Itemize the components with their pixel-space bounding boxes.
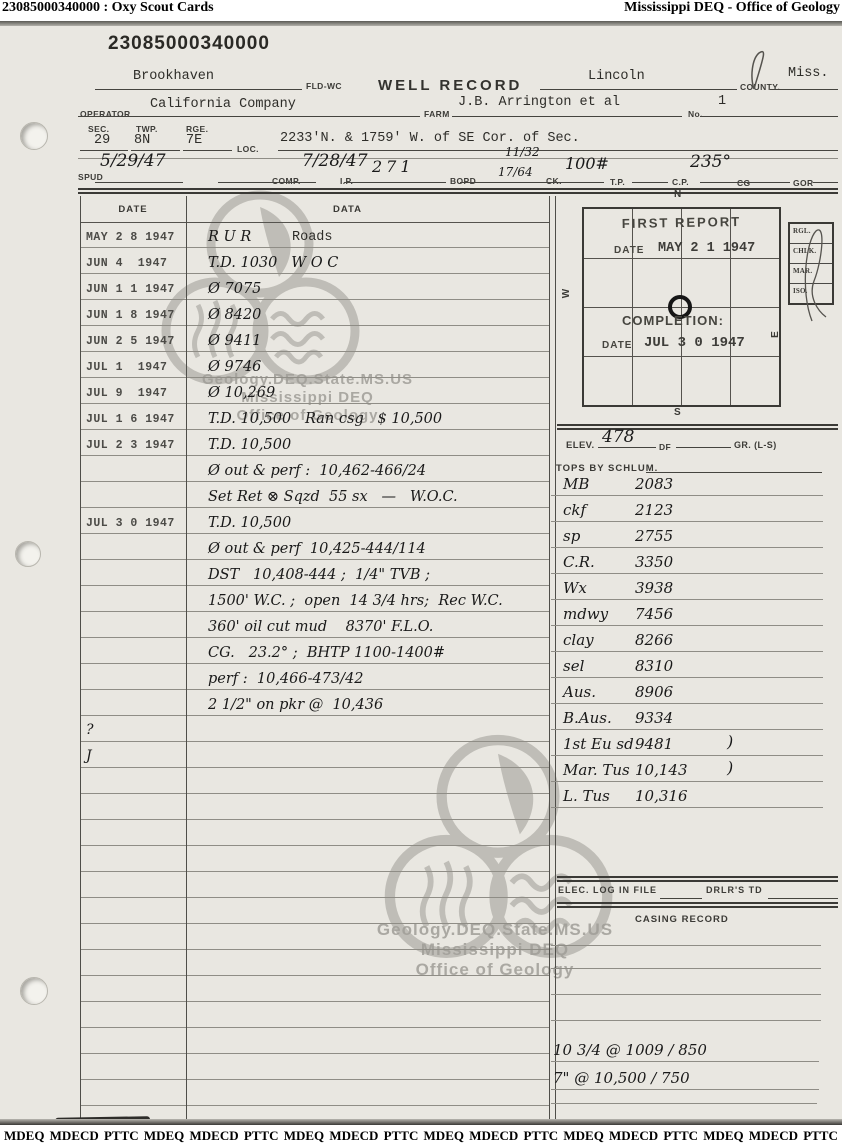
plat-grid-line — [584, 356, 779, 357]
formation-name: L. Tus — [551, 787, 635, 807]
completion-date-label: DATE — [602, 340, 632, 351]
footer-item: MDEQ — [4, 1128, 44, 1144]
df-label: DF — [659, 442, 671, 452]
farm-label: FARM — [424, 109, 450, 119]
formation-depth: 7456 — [635, 605, 727, 625]
cp-label: C.P. — [672, 177, 689, 187]
document-number: 23085000340000 — [108, 33, 270, 55]
ck-label: CK. — [546, 176, 562, 186]
twp-value: 8N — [134, 133, 150, 148]
footer-item: MDEQ — [424, 1128, 464, 1144]
cg-label: CG — [737, 178, 751, 188]
underline — [78, 116, 420, 117]
compass-east-label: E — [770, 331, 781, 338]
compass-north-label: N — [674, 189, 681, 200]
ledger-row-date — [80, 1002, 192, 1027]
ledger-row-date — [80, 586, 192, 611]
underline — [632, 182, 668, 183]
county-value: Lincoln — [588, 69, 645, 84]
bopd-label: BOPD — [450, 176, 476, 186]
formation-name: sp — [551, 527, 635, 547]
comp-value: 7/28/47 — [302, 151, 368, 171]
underline — [700, 116, 838, 117]
formation-depth: 9334 — [635, 709, 727, 729]
ruled-line — [551, 968, 821, 969]
ledger-row: JUL 1 1947 Ø 9746 — [80, 352, 549, 378]
underline — [660, 898, 702, 899]
comp-label: COMP. — [272, 176, 301, 186]
operator-value: California Company — [150, 97, 296, 112]
ledger-row-date — [80, 1028, 192, 1053]
ink-flourish — [792, 221, 842, 327]
ledger-row-date — [80, 924, 192, 949]
footer-item: MDECD — [469, 1128, 518, 1144]
ruled-line — [551, 1020, 821, 1021]
ledger-left-border — [80, 196, 81, 1125]
ledger-right-border — [549, 196, 550, 1125]
ledger-row-date — [80, 222, 192, 247]
ledger-row-text — [192, 794, 549, 819]
underline — [218, 182, 316, 183]
ledger-row: ? — [80, 716, 549, 742]
margin-mark: ) — [727, 758, 733, 781]
underline — [813, 182, 838, 183]
operator-label: OPERATOR — [80, 109, 131, 119]
formation-name: sel — [551, 657, 635, 677]
ledger-row: Set Ret ⊗ Sqzd 55 sx — W.O.C. — [80, 482, 549, 508]
tops-row: Aus. 8906 — [551, 678, 823, 704]
ledger-row-date: JUL 3 0 1947 — [80, 508, 192, 533]
tops-row: L. Tus 10,316 — [551, 782, 823, 808]
underline — [598, 447, 656, 448]
elev-label: ELEV. — [566, 440, 595, 451]
ledger-row — [80, 1028, 549, 1054]
formation-name: MB — [551, 475, 635, 495]
tops-row: ckf 2123 — [551, 496, 823, 522]
elec-log-label: ELEC. LOG IN FILE — [558, 885, 657, 895]
ledger-row-text — [192, 1054, 549, 1079]
ledger-row-text: Set Ret ⊗ Sqzd 55 sx — W.O.C. — [192, 482, 549, 507]
ledger-row-date — [80, 976, 192, 1001]
ledger-row: Ø out & perf 10,425-444/114 — [80, 534, 549, 560]
formation-depth: 10,316 — [635, 787, 727, 807]
double-rule — [557, 880, 838, 882]
double-rule — [557, 428, 838, 430]
data-column-header: DATA — [186, 196, 549, 222]
ledger-row: DST 10,408-444 ; 1/4" TVB ; — [80, 560, 549, 586]
ledger-row: J — [80, 742, 549, 768]
ledger-row-date — [80, 612, 192, 637]
spud-value: 5/29/47 — [100, 151, 166, 171]
ruled-line — [551, 1103, 817, 1104]
field-label: FLD-WC — [306, 81, 342, 91]
formation-depth: 3350 — [635, 553, 727, 573]
spud-label: SPUD — [78, 172, 103, 182]
ledger-row-text: T.D. 1030 W O C — [192, 248, 549, 273]
ledger-row-text: Ø 9746 — [192, 352, 549, 377]
ledger-row-text — [192, 1002, 549, 1027]
footer-item: MDEQ — [563, 1128, 603, 1144]
casing-entry: 7" @ 10,500 / 750 — [551, 1062, 819, 1090]
completion-date: JUL 3 0 1947 — [644, 335, 745, 351]
footer-item: PTTC — [384, 1128, 419, 1144]
date-column-divider — [186, 196, 187, 1125]
ledger-row — [80, 1002, 549, 1028]
footer-bar: MDEQ MDECD PTTC MDEQ MDECD PTTC MDEQ MDE… — [0, 1125, 842, 1147]
formation-depth: 8266 — [635, 631, 727, 651]
double-rule — [557, 906, 838, 908]
ledger-row-date — [80, 1080, 192, 1105]
ledger-row-text: Ø 8420 — [192, 300, 549, 325]
underline — [452, 116, 682, 117]
tops-row: sp 2755 — [551, 522, 823, 548]
double-rule — [557, 902, 838, 904]
footer-item: MDEQ — [144, 1128, 184, 1144]
gr-label: GR. (L-S) — [734, 440, 777, 450]
ledger-row-text: CG. 23.2° ; BHTP 1100-1400# — [192, 638, 549, 663]
underline — [344, 182, 446, 183]
underline — [540, 89, 737, 90]
double-rule — [557, 876, 838, 878]
tp-label: T.P. — [610, 177, 625, 187]
underline — [95, 89, 302, 90]
ledger-row-text: Ø 10,269 — [192, 378, 549, 403]
ledger-row: 2 1/2" on pkr @ 10,436 — [80, 690, 549, 716]
date-column-header: DATE — [80, 196, 186, 222]
ledger-row: JUL 9 1947 Ø 10,269 — [80, 378, 549, 404]
ledger-row-date — [80, 664, 192, 689]
ledger-row-text: T.D. 10,500 Ran csg $ 10,500 — [192, 404, 549, 429]
compass-south-label: S — [674, 407, 681, 418]
ledger-row-text — [192, 1080, 549, 1105]
compass-west-label: W — [561, 289, 572, 298]
ruled-line — [551, 994, 821, 995]
formation-name: Mar. Tus — [551, 761, 635, 781]
footer-item: PTTC — [244, 1128, 279, 1144]
tops-row: Wx 3938 — [551, 574, 823, 600]
ledger-row-text: Ø 7075 — [192, 274, 549, 299]
ledger-row-date — [80, 690, 192, 715]
footer-item: MDECD — [190, 1128, 239, 1144]
ledger-row — [80, 924, 549, 950]
ledger-row-date: JUN 2 5 1947 — [80, 326, 192, 351]
ledger-row: JUN 1 1 1947 Ø 7075 — [80, 274, 549, 300]
ledger-row — [80, 768, 549, 794]
ledger-row — [80, 846, 549, 872]
first-report-stamp: FIRST REPORT — [584, 213, 779, 231]
ledger-row-date — [80, 560, 192, 585]
underline — [770, 89, 838, 90]
ledger-row: Roads — [80, 222, 333, 248]
ruled-line — [551, 945, 821, 946]
ledger-row — [80, 950, 549, 976]
ledger-row-date: JUL 1 1947 — [80, 352, 192, 377]
rge-value: 7E — [186, 133, 202, 148]
ip-label: I.P. — [340, 176, 353, 186]
underline — [768, 898, 838, 899]
underline — [95, 182, 183, 183]
ledger-row: CG. 23.2° ; BHTP 1100-1400# — [80, 638, 549, 664]
ledger-row-date — [80, 898, 192, 923]
margin-mark: ) — [727, 732, 733, 755]
formation-name: clay — [551, 631, 635, 651]
ledger-row-date — [80, 638, 192, 663]
plat-grid-line — [584, 258, 779, 259]
formation-name: B.Aus. — [551, 709, 635, 729]
formation-depth: 3938 — [635, 579, 727, 599]
formation-depth: 9481 — [635, 735, 727, 755]
elev-value: 478 — [602, 427, 634, 447]
ledger-row-date: JUL 9 1947 — [80, 378, 192, 403]
ledger-row-date — [80, 482, 192, 507]
ledger-row — [80, 794, 549, 820]
tops-row: Mar. Tus 10,143 ) — [551, 756, 823, 782]
ledger-row-text: T.D. 10,500 — [192, 430, 549, 455]
footer-item: MDECD — [50, 1128, 99, 1144]
tops-row: sel 8310 — [551, 652, 823, 678]
underline — [676, 447, 731, 448]
viewer-header-bar: 23085000340000 : Oxy Scout Cards Mississ… — [0, 0, 842, 21]
ledger-row-date — [80, 794, 192, 819]
loc-label: LOC. — [237, 144, 259, 154]
formation-depth: 2123 — [635, 501, 727, 521]
ledger-row — [80, 976, 549, 1002]
ledger-row-text: Ø out & perf : 10,462-466/24 — [192, 456, 549, 481]
ledger-row-date: ? — [80, 716, 192, 741]
ledger-row-date: JUN 1 1 1947 — [80, 274, 192, 299]
card-title: WELL RECORD — [378, 77, 522, 94]
ledger-row: perf : 10,466-473/42 — [80, 664, 549, 690]
formation-name: Wx — [551, 579, 635, 599]
ledger-row-text — [192, 716, 549, 741]
ledger-row — [80, 1054, 549, 1080]
tops-row: C.R. 3350 — [551, 548, 823, 574]
ledger-row — [80, 872, 549, 898]
footer-item: MDEQ — [703, 1128, 743, 1144]
footer-item: MDECD — [749, 1128, 798, 1144]
ck-value: 100# — [565, 154, 609, 173]
ledger-row: JUN 2 5 1947 Ø 9411 — [80, 326, 549, 352]
viewer-header-left: 23085000340000 : Oxy Scout Cards — [2, 0, 214, 16]
footer-item: MDEQ — [284, 1128, 324, 1144]
ledger-row — [80, 898, 549, 924]
tops-row: MB 2083 — [551, 470, 823, 496]
ledger-row-date — [80, 768, 192, 793]
ledger-row-text — [192, 742, 549, 767]
ledger-row-date — [80, 950, 192, 975]
punch-hole — [15, 541, 41, 567]
footer-item: PTTC — [803, 1128, 838, 1144]
loc-value: 2233'N. & 1759' W. of SE Cor. of Sec. — [280, 131, 580, 146]
ledger-row-date — [80, 872, 192, 897]
casing-entry: 10 3/4 @ 1009 / 850 — [551, 1034, 819, 1062]
footer-item: MDECD — [609, 1128, 658, 1144]
ledger-rows: Roads MAY 2 8 1947 R U R JUN 4 1947 T.D.… — [80, 222, 549, 1125]
tops-list: MB 2083 ckf 2123 sp 2755 C.R. — [551, 470, 823, 808]
ink-flourish — [742, 43, 768, 91]
tops-row: B.Aus. 9334 — [551, 704, 823, 730]
ledger-row-text: Ø 9411 — [192, 326, 549, 351]
underline — [460, 182, 604, 183]
ledger-row-text — [192, 976, 549, 1001]
formation-depth: 2083 — [635, 475, 727, 495]
ledger-row: JUL 2 3 1947 T.D. 10,500 — [80, 430, 549, 456]
ledger-row-text: 360' oil cut mud 8370' F.L.O. — [192, 612, 549, 637]
ledger-row-date — [80, 1054, 192, 1079]
ledger-row-date — [80, 456, 192, 481]
casing-entries: 10 3/4 @ 1009 / 850 7" @ 10,500 / 750 — [551, 1034, 819, 1090]
ledger-row: Ø out & perf : 10,462-466/24 — [80, 456, 549, 482]
formation-depth: 8310 — [635, 657, 727, 677]
completion-stamp: COMPLETION: — [622, 313, 724, 328]
ledger-row — [80, 1080, 549, 1106]
ledger-row-date: JUN 1 8 1947 — [80, 300, 192, 325]
choke-bottom-value: 17/64 — [498, 165, 533, 179]
double-rule — [78, 192, 838, 194]
ledger-row-date — [80, 820, 192, 845]
ledger-row-text — [192, 872, 549, 897]
scan-top-edge — [0, 21, 842, 26]
footer-item: PTTC — [104, 1128, 139, 1144]
ledger-row-text — [192, 846, 549, 871]
ledger-row: 1500' W.C. ; open 14 3/4 hrs; Rec W.C. — [80, 586, 549, 612]
ledger-row-date: JUL 2 3 1947 — [80, 430, 192, 455]
ledger-header-row: DATE DATA — [80, 196, 549, 223]
ledger-row-text: Roads — [192, 222, 333, 247]
ledger-row-text — [192, 1028, 549, 1053]
ledger-row-text: 2 1/2" on pkr @ 10,436 — [192, 690, 549, 715]
well-no-label: No. — [688, 109, 703, 119]
underline — [700, 182, 790, 183]
ledger-row-text — [192, 950, 549, 975]
sec-value: 29 — [94, 133, 110, 148]
ledger-row-text — [192, 820, 549, 845]
ledger-row: JUN 4 1947 T.D. 1030 W O C — [80, 248, 549, 274]
ledger-row-date: JUN 4 1947 — [80, 248, 192, 273]
double-rule — [78, 188, 838, 190]
formation-name: ckf — [551, 501, 635, 521]
ip-value: 271 — [372, 157, 415, 176]
ledger-row-text: DST 10,408-444 ; 1/4" TVB ; — [192, 560, 549, 585]
first-report-date: MAY 2 1 1947 — [658, 241, 755, 256]
farm-value: J.B. Arrington et al — [458, 95, 620, 110]
footer-item: MDECD — [329, 1128, 378, 1144]
ledger-row-text — [192, 768, 549, 793]
formation-name: C.R. — [551, 553, 635, 573]
ledger-row-text: Ø out & perf 10,425-444/114 — [192, 534, 549, 559]
punch-hole — [20, 122, 48, 150]
tops-row: mdwy 7456 — [551, 600, 823, 626]
ledger-row-date — [80, 534, 192, 559]
formation-depth: 8906 — [635, 683, 727, 703]
casing-record-title: CASING RECORD — [635, 914, 729, 925]
ledger-row: JUL 3 0 1947 T.D. 10,500 — [80, 508, 549, 534]
section-plat: FIRST REPORT DATE MAY 2 1 1947 COMPLETIO… — [582, 207, 781, 407]
ledger-row: JUN 1 8 1947 Ø 8420 — [80, 300, 549, 326]
ledger-row — [80, 820, 549, 846]
drlrs-td-label: DRLR'S TD — [706, 885, 763, 895]
cp-value: 235° — [690, 152, 731, 172]
ledger-row: JUL 1 6 1947 T.D. 10,500 Ran csg $ 10,50… — [80, 404, 549, 430]
ledger-row-text: 1500' W.C. ; open 14 3/4 hrs; Rec W.C. — [192, 586, 549, 611]
ledger-row-text: T.D. 10,500 — [192, 508, 549, 533]
formation-name: Aus. — [551, 683, 635, 703]
underline — [183, 150, 232, 151]
ledger-row-text — [192, 898, 549, 923]
formation-depth: 2755 — [635, 527, 727, 547]
ledger-row-text: perf : 10,466-473/42 — [192, 664, 549, 689]
ledger-row-text — [192, 924, 549, 949]
first-report-date-label: DATE — [614, 245, 644, 256]
footer-item: PTTC — [524, 1128, 559, 1144]
ledger-row: 360' oil cut mud 8370' F.L.O. — [80, 612, 549, 638]
double-rule — [557, 424, 838, 426]
tops-row: 1st Eu sd 9481 ) — [551, 730, 823, 756]
field-name-value: Brookhaven — [133, 69, 214, 84]
footer-item: PTTC — [663, 1128, 698, 1144]
formation-name: 1st Eu sd — [551, 735, 635, 755]
formation-depth: 10,143 — [635, 761, 727, 781]
viewer-header-right: Mississippi DEQ - Office of Geology — [624, 0, 840, 16]
tops-row: clay 8266 — [551, 626, 823, 652]
formation-name: mdwy — [551, 605, 635, 625]
ledger-row-date — [80, 846, 192, 871]
gor-label: GOR — [793, 178, 814, 188]
state-value: Miss. — [788, 66, 829, 81]
scanned-document-page: 23085000340000 : Oxy Scout Cards Mississ… — [0, 0, 842, 1147]
punch-hole — [20, 977, 48, 1005]
ledger-row-date: JUL 1 6 1947 — [80, 404, 192, 429]
well-no-value: 1 — [718, 94, 726, 109]
choke-top-value: 11/32 — [505, 145, 540, 159]
ledger-row-date: J — [80, 742, 192, 767]
well-record-card: Geology.DEQ.State.MS.US Mississippi DEQ … — [0, 21, 842, 1125]
